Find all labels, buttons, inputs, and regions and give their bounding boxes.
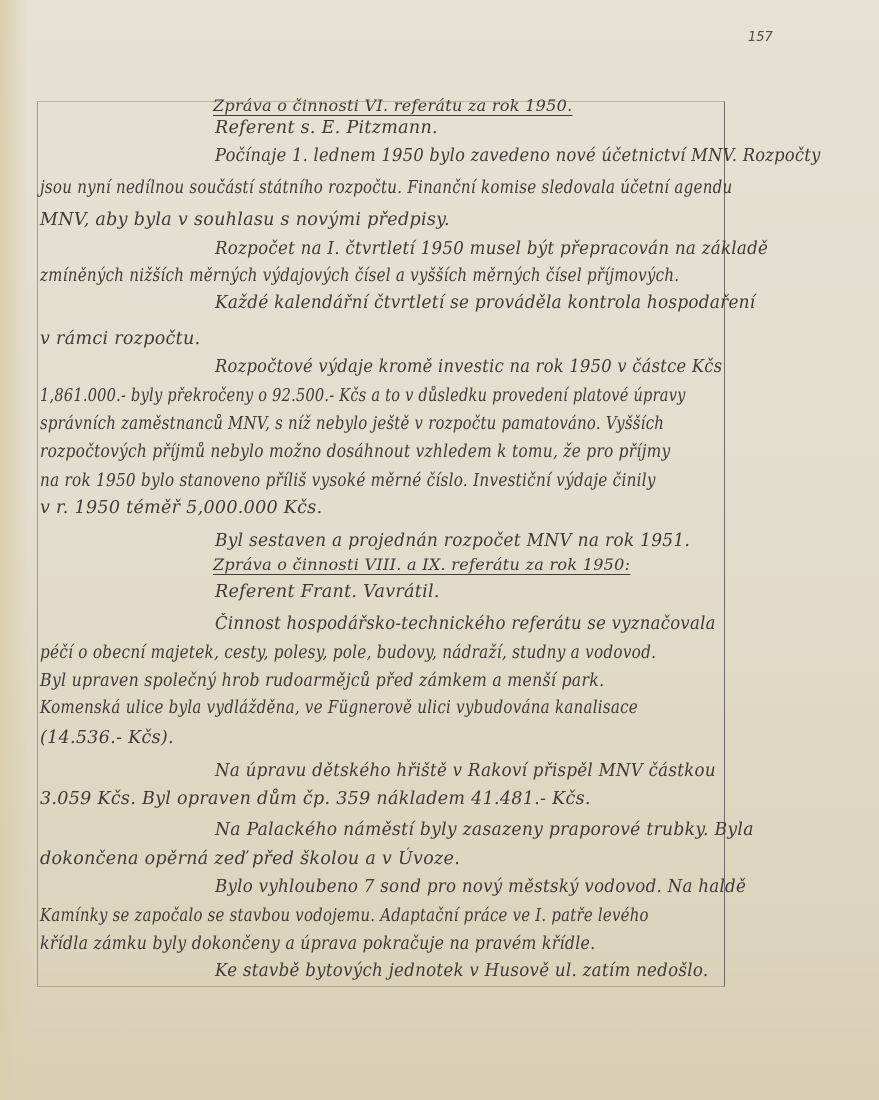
text-line: MNV, aby byla v souhlasu s novými předpi… (40, 210, 450, 230)
text-line: dokončena opěrná zeď před školou a v Úvo… (40, 849, 460, 869)
text-line: Byl sestaven a projednán rozpočet MNV na… (215, 531, 690, 551)
handwritten-text-block: Zpráva o činnosti VI. referátu za rok 19… (0, 0, 879, 1100)
text-line: péčí o obecní majetek, cesty, polesy, po… (40, 643, 656, 663)
text-line: na rok 1950 bylo stanoveno příliš vysoké… (40, 471, 656, 491)
text-line: v rámci rozpočtu. (40, 329, 200, 349)
text-line: Kamínky se započalo se stavbou vodojemu.… (40, 906, 649, 926)
text-line: Byl upraven společný hrob rudoarmějců př… (40, 671, 604, 691)
text-line: Komenská ulice byla vydlážděna, ve Fügne… (40, 698, 638, 718)
text-line: Rozpočtové výdaje kromě investic na rok … (215, 357, 722, 377)
text-line: 1,861.000.- byly překročeny o 92.500.- K… (40, 386, 686, 406)
referent-line: Referent s. E. Pitzmann. (215, 118, 438, 138)
text-line: křídla zámku byly dokončeny a úprava pok… (40, 934, 595, 954)
text-line: jsou nyní nedílnou součástí státního roz… (40, 178, 732, 198)
section-heading: Zpráva o činnosti VIII. a IX. referátu z… (213, 555, 630, 574)
text-line: správních zaměstnanců MNV, s níž nebylo … (40, 414, 664, 434)
text-line: zmíněných nižších měrných výdajových čís… (40, 266, 679, 286)
text-line: Bylo vyhloubeno 7 sond pro nový městský … (215, 877, 746, 897)
section-heading: Zpráva o činnosti VI. referátu za rok 19… (213, 96, 572, 115)
text-line: rozpočtových příjmů nebylo možno dosáhno… (40, 442, 670, 462)
text-line: Činnost hospodářsko-technického referátu… (215, 614, 716, 634)
text-line: (14.536.- Kčs). (40, 728, 174, 748)
text-line: v r. 1950 téměř 5,000.000 Kčs. (40, 498, 322, 518)
text-line: Počínaje 1. lednem 1950 bylo zavedeno no… (215, 146, 821, 166)
text-line: 3.059 Kčs. Byl opraven dům čp. 359 nákla… (40, 789, 591, 809)
text-line: Na Palackého náměstí byly zasazeny prapo… (215, 820, 754, 840)
text-line: Každé kalendářní čtvrtletí se prováděla … (215, 293, 755, 313)
text-line: Rozpočet na I. čtvrtletí 1950 musel být … (215, 239, 768, 259)
referent-line: Referent Frant. Vavrátil. (215, 582, 440, 602)
text-line: Na úpravu dětského hřiště v Rakoví přisp… (215, 761, 716, 781)
text-line: Ke stavbě bytových jednotek v Husově ul.… (215, 961, 708, 981)
